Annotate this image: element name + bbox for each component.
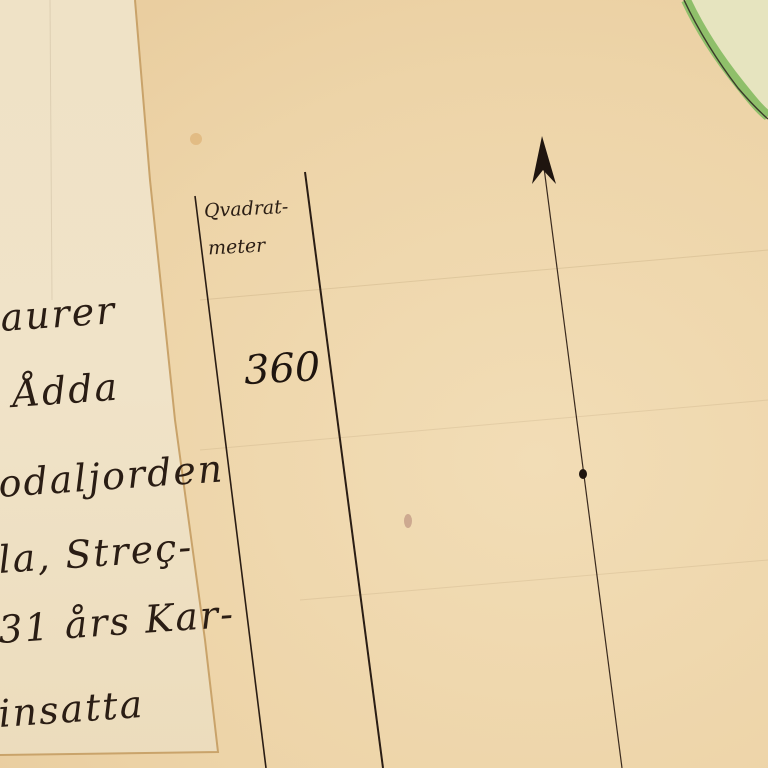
point-marker-icon	[579, 469, 587, 479]
north-arrow-icon	[0, 0, 768, 768]
